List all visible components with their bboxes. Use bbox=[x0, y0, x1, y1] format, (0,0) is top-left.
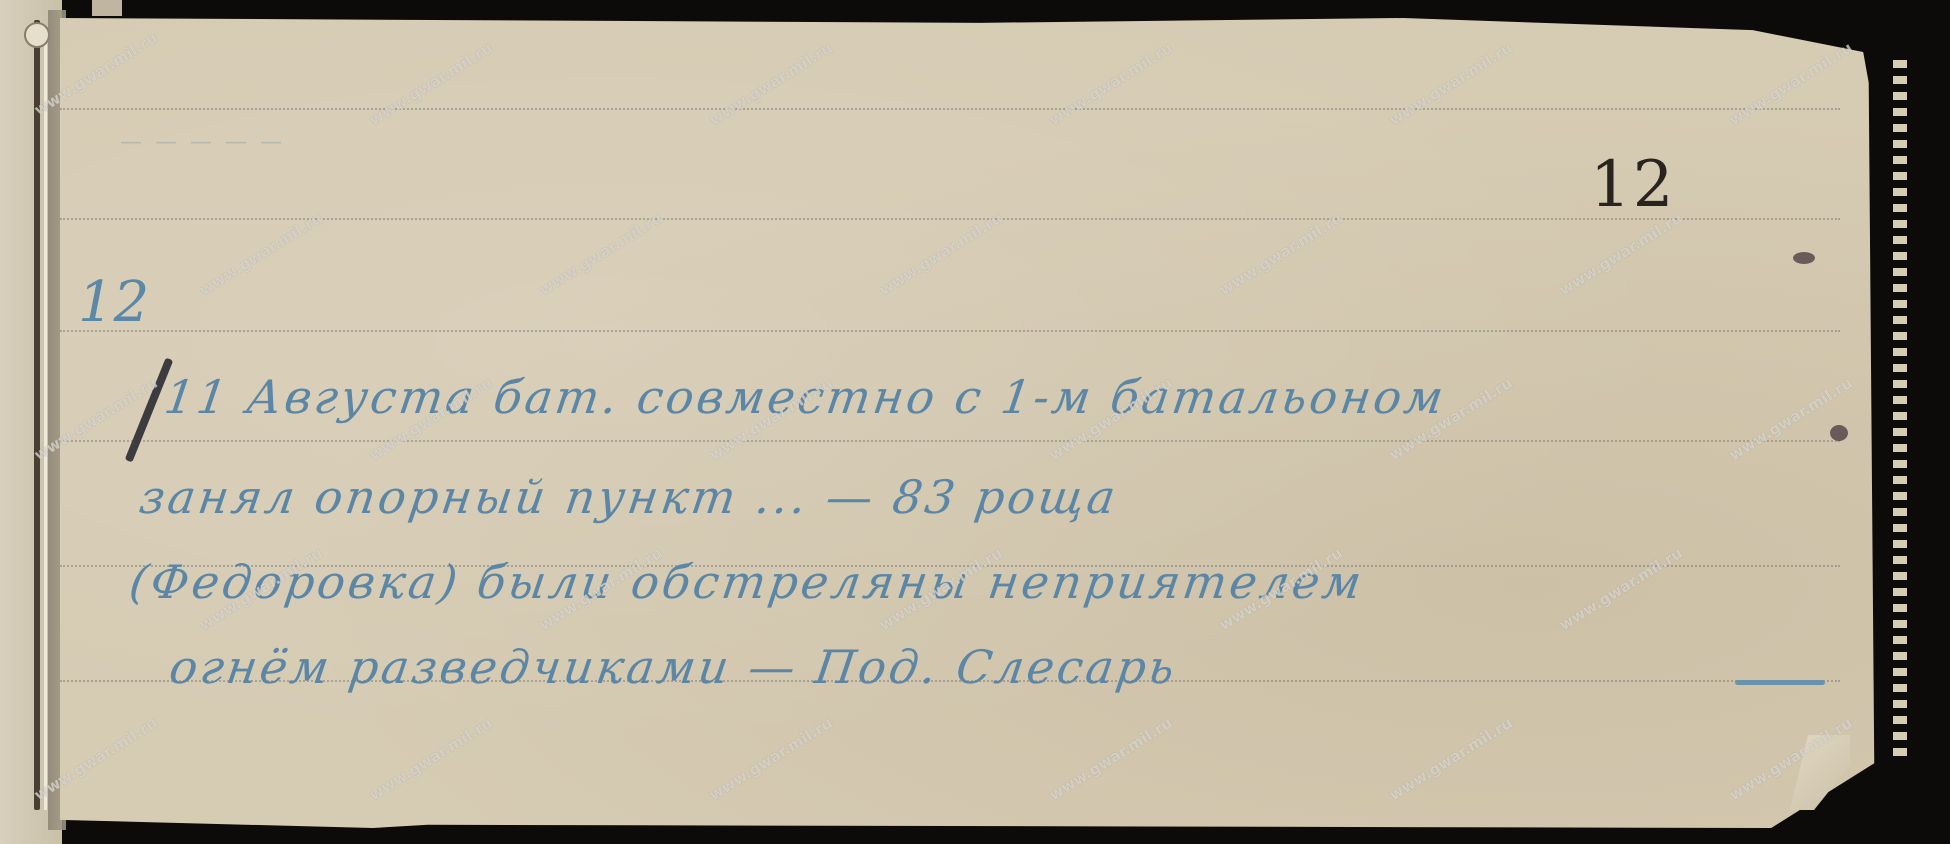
ink-blot bbox=[1793, 252, 1815, 264]
rule-line bbox=[60, 440, 1840, 442]
handwritten-line-2: занял опорный пункт ... — 83 роща bbox=[136, 470, 1121, 524]
binding-thread-highlight bbox=[44, 30, 47, 810]
faint-printed-header: — — — — — bbox=[120, 130, 285, 155]
stamped-page-number: 12 bbox=[1590, 148, 1675, 222]
underlying-page-scrap bbox=[92, 0, 122, 16]
binding-thread bbox=[34, 20, 40, 810]
handwritten-page-number: 12 bbox=[78, 270, 149, 335]
rule-line bbox=[60, 330, 1840, 332]
ink-blot bbox=[1830, 425, 1848, 441]
handwritten-line-4: огнём разведчиками — Под. Слесарь bbox=[166, 640, 1181, 694]
rule-line bbox=[60, 218, 1840, 220]
binding-knot bbox=[24, 22, 50, 48]
signature-dash bbox=[1735, 680, 1825, 685]
rule-line bbox=[60, 108, 1840, 110]
perforated-edge bbox=[1893, 60, 1907, 760]
